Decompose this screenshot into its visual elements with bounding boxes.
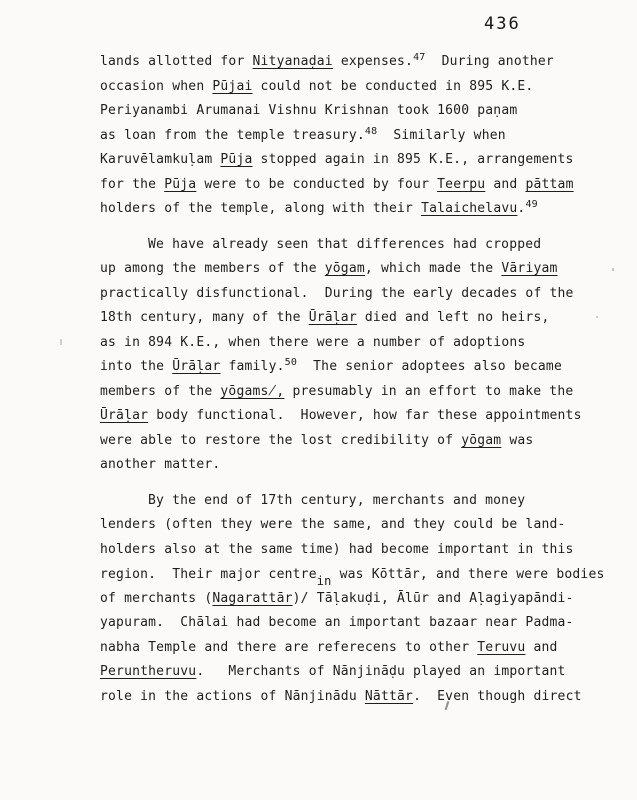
text-line: for the Pūja were to be conducted by fou… (100, 173, 580, 198)
text-line: were able to restore the lost credibilit… (100, 429, 580, 454)
underlined-term: Talaichelavu (421, 201, 517, 216)
paragraph: lands allotted for Nityanaḍai expenses.4… (100, 50, 580, 222)
text-line: as in 894 K.E., when there were a number… (100, 331, 580, 356)
text-line: Peruntheruvu. Merchants of Nānjināḍu pla… (100, 660, 580, 685)
paragraph: We have already seen that differences ha… (100, 233, 580, 478)
footnote-reference: 50 (285, 357, 297, 368)
text-line: practically disfunctional. During the ea… (100, 282, 580, 307)
underlined-term: pāttam (525, 177, 573, 192)
page-number: 436 (484, 14, 521, 34)
underlined-term: Ūrāḷar (100, 408, 148, 423)
text-line: region. Their major centrein was Kōttār,… (100, 562, 580, 587)
text-line: holders of the temple, along with their … (100, 197, 580, 222)
text-line: Karuvēlamkuḷam Pūja stopped again in 895… (100, 148, 580, 173)
paragraph: By the end of 17th century, merchants an… (100, 489, 580, 710)
underlined-term: Vāriyam (501, 261, 557, 276)
underlined-term: Pūja (164, 177, 196, 192)
underlined-term: yōgam (325, 261, 365, 276)
underlined-term: Ūrāḷar (172, 359, 220, 374)
scanned-document-page: 436 lands allotted for Nityanaḍai expens… (0, 0, 637, 800)
inserted-word: in (317, 574, 332, 588)
scan-artifact-speck (612, 268, 614, 271)
text-line: occasion when Pūjai could not be conduct… (100, 75, 580, 100)
underlined-term: yōgams̸, (220, 384, 284, 399)
text-line: lenders (often they were the same, and t… (100, 513, 580, 538)
scan-artifact-speck (596, 316, 598, 318)
text-line: 18th century, many of the Ūrāḷar died an… (100, 306, 580, 331)
text-line: as loan from the temple treasury.48 Simi… (100, 124, 580, 149)
text-line: We have already seen that differences ha… (100, 233, 580, 258)
text-line: members of the yōgams̸, presumably in an… (100, 380, 580, 405)
underlined-term: Pūja (220, 152, 252, 167)
text-line: of merchants (Nagarattār)/ Tāḷakuḍi, Ālū… (100, 587, 580, 612)
text-line: another matter. (100, 453, 580, 478)
underlined-term: Nagarattār (212, 591, 292, 606)
footnote-reference: 47 (413, 52, 425, 63)
text-line: up among the members of the yōgam, which… (100, 257, 580, 282)
underlined-term: Pūjai (212, 79, 252, 94)
text-line: By the end of 17th century, merchants an… (100, 489, 580, 514)
footnote-reference: 48 (365, 126, 377, 137)
footnote-reference: 49 (525, 199, 537, 210)
underlined-term: Teruvu (477, 640, 525, 655)
text-block: lands allotted for Nityanaḍai expenses.4… (100, 50, 580, 720)
text-line: Periyanambi Arumanai Vishnu Krishnan too… (100, 99, 580, 124)
text-line: yapuram. Chālai had become an important … (100, 611, 580, 636)
text-line: lands allotted for Nityanaḍai expenses.4… (100, 50, 580, 75)
text-line: into the Ūrāḷar family.50 The senior ado… (100, 355, 580, 380)
scan-artifact-speck (60, 339, 62, 345)
text-line: nabha Temple and there are referecens to… (100, 636, 580, 661)
underlined-term: yōgam (461, 433, 501, 448)
text-line: holders also at the same time) had becom… (100, 538, 580, 563)
underlined-term: Teerpu (437, 177, 485, 192)
text-line: role in the actions of Nānjinādu Nāttār.… (100, 685, 580, 710)
underlined-term: Nāttār (365, 689, 413, 704)
underlined-term: Peruntheruvu (100, 664, 196, 679)
underlined-term: Ūrāḷar (309, 310, 357, 325)
text-line: Ūrāḷar body functional. However, how far… (100, 404, 580, 429)
underlined-term: Nityanaḍai (253, 54, 333, 69)
